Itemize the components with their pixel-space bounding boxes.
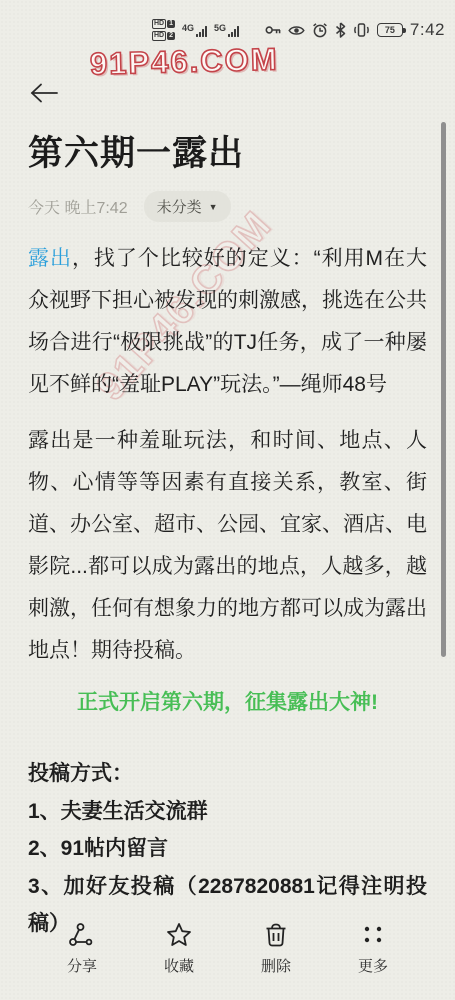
hd1-label: HD — [152, 19, 166, 29]
note-meta-row: 今天 晚上7:42 未分类 ▼ — [28, 191, 427, 222]
status-bar-right: 75 7:42 — [265, 20, 445, 40]
battery-percent: 75 — [385, 25, 395, 35]
sim2-signal: 5G — [214, 24, 239, 37]
favorite-button[interactable]: 收藏 — [149, 922, 209, 1000]
signal-bars-icon — [228, 26, 239, 37]
hd2-badge: HD 2 — [152, 31, 175, 41]
hd2-number: 2 — [167, 32, 175, 40]
share-button[interactable]: 分享 — [52, 922, 112, 1000]
bottom-toolbar: 分享 收藏 删除 — [0, 912, 455, 1000]
favorite-label: 收藏 — [164, 955, 194, 976]
category-selector[interactable]: 未分类 ▼ — [144, 191, 231, 222]
note-date: 今天 晚上7:42 — [28, 195, 128, 218]
bluetooth-icon — [335, 22, 346, 38]
back-button[interactable] — [28, 80, 60, 106]
more-icon — [359, 922, 387, 948]
alarm-icon — [312, 22, 328, 38]
note-body: 露出，找了个比较好的定义：“利用M在大众视野下担心被发现的刺激感，挑选在公共场合… — [28, 238, 427, 943]
more-button[interactable]: 更多 — [343, 922, 403, 1000]
scrollbar-thumb[interactable] — [441, 122, 446, 657]
delete-label: 删除 — [261, 955, 291, 976]
delete-button[interactable]: 删除 — [246, 922, 306, 1000]
note-title: 第六期一露出 — [28, 126, 427, 176]
paragraph-definition-text: ，找了个比较好的定义：“利用M在大众视野下担心被发现的刺激感，挑选在公共场合进行… — [28, 247, 427, 396]
network-5g-label: 5G — [214, 24, 226, 33]
signal-bars-icon — [196, 26, 207, 37]
star-icon — [165, 922, 193, 948]
key-icon — [265, 23, 281, 37]
network-4g-label: 4G — [182, 24, 194, 33]
more-label: 更多 — [358, 955, 388, 976]
eye-icon — [288, 24, 305, 37]
dual-sim-hd-badges: HD 1 HD 2 — [152, 19, 175, 41]
status-time: 7:42 — [410, 20, 445, 40]
battery-icon: 75 — [377, 23, 403, 37]
notes-app-screen: HD 1 HD 2 4G 5G — [0, 0, 455, 1000]
note-content: 第六期一露出 今天 晚上7:42 未分类 ▼ 露出，找了个比较好的定义：“利用M… — [0, 70, 455, 943]
status-bar: HD 1 HD 2 4G 5G — [0, 0, 455, 48]
submission-item-2: 2、91帖内留言 — [28, 830, 427, 868]
vibrate-icon — [353, 22, 370, 38]
hd1-number: 1 — [167, 20, 175, 28]
category-label: 未分类 — [157, 196, 202, 217]
announcement-text: 正式开启第六期，征集露出大神! — [28, 682, 427, 724]
paragraph-description: 露出是一种羞耻玩法，和时间、地点、人物、心情等等因素有直接关系，教室、街道、办公… — [28, 420, 427, 672]
hd1-badge: HD 1 — [152, 19, 175, 29]
hd2-label: HD — [152, 31, 166, 41]
submission-heading: 投稿方式： — [28, 755, 427, 793]
submission-item-1: 1、夫妻生活交流群 — [28, 793, 427, 831]
paragraph-definition: 露出，找了个比较好的定义：“利用M在大众视野下担心被发现的刺激感，挑选在公共场合… — [28, 238, 427, 406]
share-label: 分享 — [67, 955, 97, 976]
trash-icon — [263, 922, 289, 948]
chevron-down-icon: ▼ — [209, 202, 218, 212]
share-icon — [68, 922, 96, 948]
topic-link[interactable]: 露出 — [28, 247, 72, 270]
sim1-signal: 4G — [182, 24, 207, 37]
